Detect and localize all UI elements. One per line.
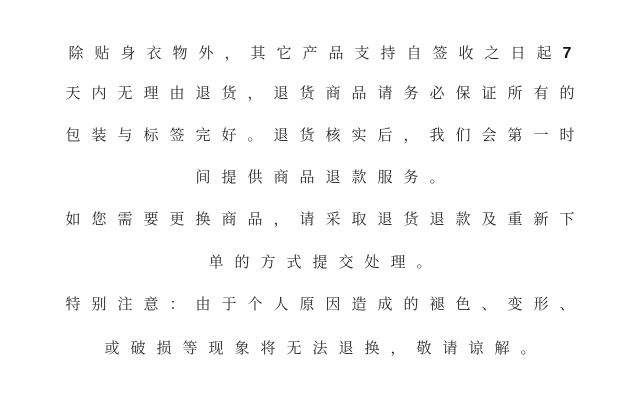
return-days-number: 7	[563, 45, 583, 62]
policy-line-4: 间提供商品退款服务。	[0, 167, 640, 187]
special-notice-line-2: 或破损等现象将无法退换，敬请谅解。	[0, 338, 640, 358]
special-notice-line-1: 特别注意：由于个人原因造成的褪色、变形、	[0, 294, 640, 314]
exchange-line-1: 如您需要更换商品，请采取退货退款及重新下	[0, 209, 640, 229]
policy-line-1-text: 除贴身衣物外，其它产品支持自签收之日起	[69, 44, 563, 62]
return-policy-notice: 除贴身衣物外，其它产品支持自签收之日起7 天内无理由退货，退货商品请务必保证所有…	[0, 0, 640, 395]
policy-line-3: 包装与标签完好。退货核实后，我们会第一时	[0, 125, 640, 145]
exchange-line-2: 单的方式提交处理。	[0, 252, 640, 272]
policy-line-1: 除贴身衣物外，其它产品支持自签收之日起7	[0, 43, 640, 64]
policy-line-2: 天内无理由退货，退货商品请务必保证所有的	[0, 83, 640, 103]
